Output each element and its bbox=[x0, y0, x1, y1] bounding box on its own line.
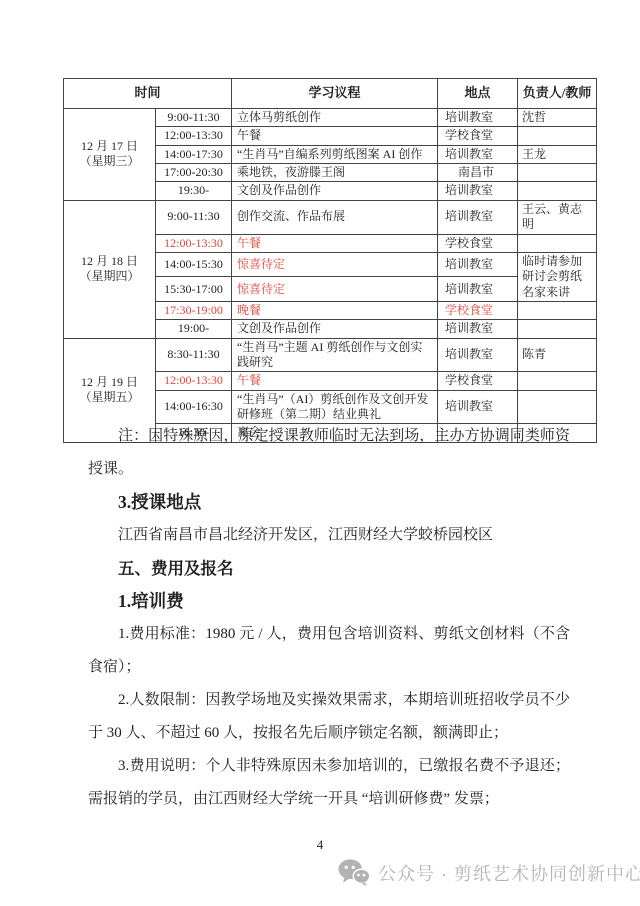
wechat-icon bbox=[338, 858, 370, 887]
time-cell: 12:00-13:30 bbox=[156, 127, 232, 145]
location-cell: 培训教室 bbox=[438, 338, 518, 372]
teacher-cell bbox=[518, 127, 597, 145]
location-cell: 学校食堂 bbox=[438, 127, 518, 145]
time-cell: 15:30-17:00 bbox=[156, 277, 232, 302]
teacher-cell bbox=[518, 390, 597, 424]
location-cell: 培训教室 bbox=[438, 390, 518, 424]
header-teacher: 负责人/教师 bbox=[518, 79, 597, 109]
fee-standard-paragraph: 1.费用标准：1980 元 / 人，费用包含培训资料、剪纸文创材料（不含食宿）； bbox=[88, 618, 570, 684]
headcount-paragraph: 2.人数限制：因教学场地及实操效果需求，本期培训班招收学员不少于 30 人、不超… bbox=[88, 684, 570, 750]
time-cell: 17:00-20:30 bbox=[156, 164, 232, 182]
teacher-cell: 临时请参加研讨会剪纸名家来讲 bbox=[518, 252, 597, 301]
teacher-cell bbox=[518, 301, 597, 319]
teacher-cell bbox=[518, 164, 597, 182]
date-cell: 12 月 17 日 （星期三） bbox=[64, 109, 156, 201]
time-cell: 19:00- bbox=[156, 320, 232, 338]
teacher-cell bbox=[518, 372, 597, 390]
header-time: 时间 bbox=[64, 79, 232, 109]
teacher-cell: 陈青 bbox=[518, 338, 597, 372]
date-line2: （星期三） bbox=[66, 154, 153, 169]
agenda-cell: 惊喜待定 bbox=[232, 277, 438, 302]
table-row: 12 月 18 日 （星期四） 9:00-11:30 创作交流、作品布展 培训教… bbox=[64, 200, 597, 234]
body-text: 注：因特殊原因，原定授课教师临时无法到场，主办方协调同类师资授课。 3.授课地点… bbox=[88, 420, 570, 816]
agenda-cell: “生肖马”自编系列剪纸图案 AI 创作 bbox=[232, 145, 438, 163]
time-cell: 14:00-16:30 bbox=[156, 390, 232, 424]
document-page: 时间 学习议程 地点 负责人/教师 12 月 17 日 （星期三） 9:00-1… bbox=[0, 0, 640, 906]
time-cell: 9:00-11:30 bbox=[156, 109, 232, 127]
location-cell: 培训教室 bbox=[438, 182, 518, 200]
agenda-cell: 午餐 bbox=[232, 234, 438, 252]
location-cell: 培训教室 bbox=[438, 109, 518, 127]
table-row: 12 月 19 日 （星期五） 8:30-11:30 “生肖马”主题 AI 剪纸… bbox=[64, 338, 597, 372]
agenda-cell: 乘地铁，夜游滕王阁 bbox=[232, 164, 438, 182]
time-cell: 19:30- bbox=[156, 182, 232, 200]
location-cell: 培训教室 bbox=[438, 252, 518, 277]
location-cell: 培训教室 bbox=[438, 320, 518, 338]
location-cell: 培训教室 bbox=[438, 145, 518, 163]
page-number: 4 bbox=[0, 837, 640, 853]
teacher-cell bbox=[518, 320, 597, 338]
time-cell: 17:30-19:00 bbox=[156, 301, 232, 319]
agenda-cell: “生肖马”主题 AI 剪纸创作与文创实践研究 bbox=[232, 338, 438, 372]
agenda-cell: 创作交流、作品布展 bbox=[232, 200, 438, 234]
agenda-cell: 文创及作品创作 bbox=[232, 320, 438, 338]
date-cell: 12 月 18 日 （星期四） bbox=[64, 200, 156, 338]
watermark-text: 公众号 · 剪纸艺术协同创新中心 bbox=[378, 860, 640, 886]
teacher-cell: 沈哲 bbox=[518, 109, 597, 127]
agenda-cell: 惊喜待定 bbox=[232, 252, 438, 277]
schedule-table: 时间 学习议程 地点 负责人/教师 12 月 17 日 （星期三） 9:00-1… bbox=[63, 78, 597, 443]
teacher-cell: 王龙 bbox=[518, 145, 597, 163]
teacher-cell bbox=[518, 182, 597, 200]
agenda-cell: 文创及作品创作 bbox=[232, 182, 438, 200]
teacher-cell: 王云、黄志明 bbox=[518, 200, 597, 234]
time-cell: 8:30-11:30 bbox=[156, 338, 232, 372]
date-line2: （星期五） bbox=[66, 390, 153, 405]
date-line1: 12 月 17 日 bbox=[66, 139, 153, 154]
section-title: 五、费用及报名 bbox=[88, 552, 570, 585]
agenda-cell: 午餐 bbox=[232, 372, 438, 390]
header-agenda: 学习议程 bbox=[232, 79, 438, 109]
fee-subheading: 1.培训费 bbox=[88, 585, 570, 618]
agenda-cell: “生肖马”（AI）剪纸创作及文创开发研修班（第二期）结业典礼 bbox=[232, 390, 438, 424]
date-line1: 12 月 18 日 bbox=[66, 254, 153, 269]
time-cell: 9:00-11:30 bbox=[156, 200, 232, 234]
watermark: 公众号 · 剪纸艺术协同创新中心 bbox=[338, 858, 640, 887]
time-cell: 12:00-13:30 bbox=[156, 372, 232, 390]
date-line1: 12 月 19 日 bbox=[66, 375, 153, 390]
fee-notes-paragraph: 3.费用说明：个人非特殊原因未参加培训的，已缴报名费不予退还；需报销的学员，由江… bbox=[88, 750, 570, 816]
location-cell: 培训教室 bbox=[438, 200, 518, 234]
venue-heading: 3.授课地点 bbox=[88, 486, 570, 519]
table-header-row: 时间 学习议程 地点 负责人/教师 bbox=[64, 79, 597, 109]
time-cell: 14:00-15:30 bbox=[156, 252, 232, 277]
location-cell: 培训教室 bbox=[438, 277, 518, 302]
venue-paragraph: 江西省南昌市昌北经济开发区，江西财经大学蛟桥园校区 bbox=[88, 519, 570, 552]
teacher-cell bbox=[518, 234, 597, 252]
location-cell: 学校食堂 bbox=[438, 301, 518, 319]
date-line2: （星期四） bbox=[66, 269, 153, 284]
note-paragraph: 注：因特殊原因，原定授课教师临时无法到场，主办方协调同类师资授课。 bbox=[88, 420, 570, 486]
agenda-cell: 立体马剪纸创作 bbox=[232, 109, 438, 127]
time-cell: 12:00-13:30 bbox=[156, 234, 232, 252]
header-location: 地点 bbox=[438, 79, 518, 109]
location-cell: 学校食堂 bbox=[438, 372, 518, 390]
agenda-cell: 晚餐 bbox=[232, 301, 438, 319]
table-row: 12 月 17 日 （星期三） 9:00-11:30 立体马剪纸创作 培训教室 … bbox=[64, 109, 597, 127]
location-cell: 学校食堂 bbox=[438, 234, 518, 252]
agenda-cell: 午餐 bbox=[232, 127, 438, 145]
location-cell: 南昌市 bbox=[438, 164, 518, 182]
time-cell: 14:00-17:30 bbox=[156, 145, 232, 163]
